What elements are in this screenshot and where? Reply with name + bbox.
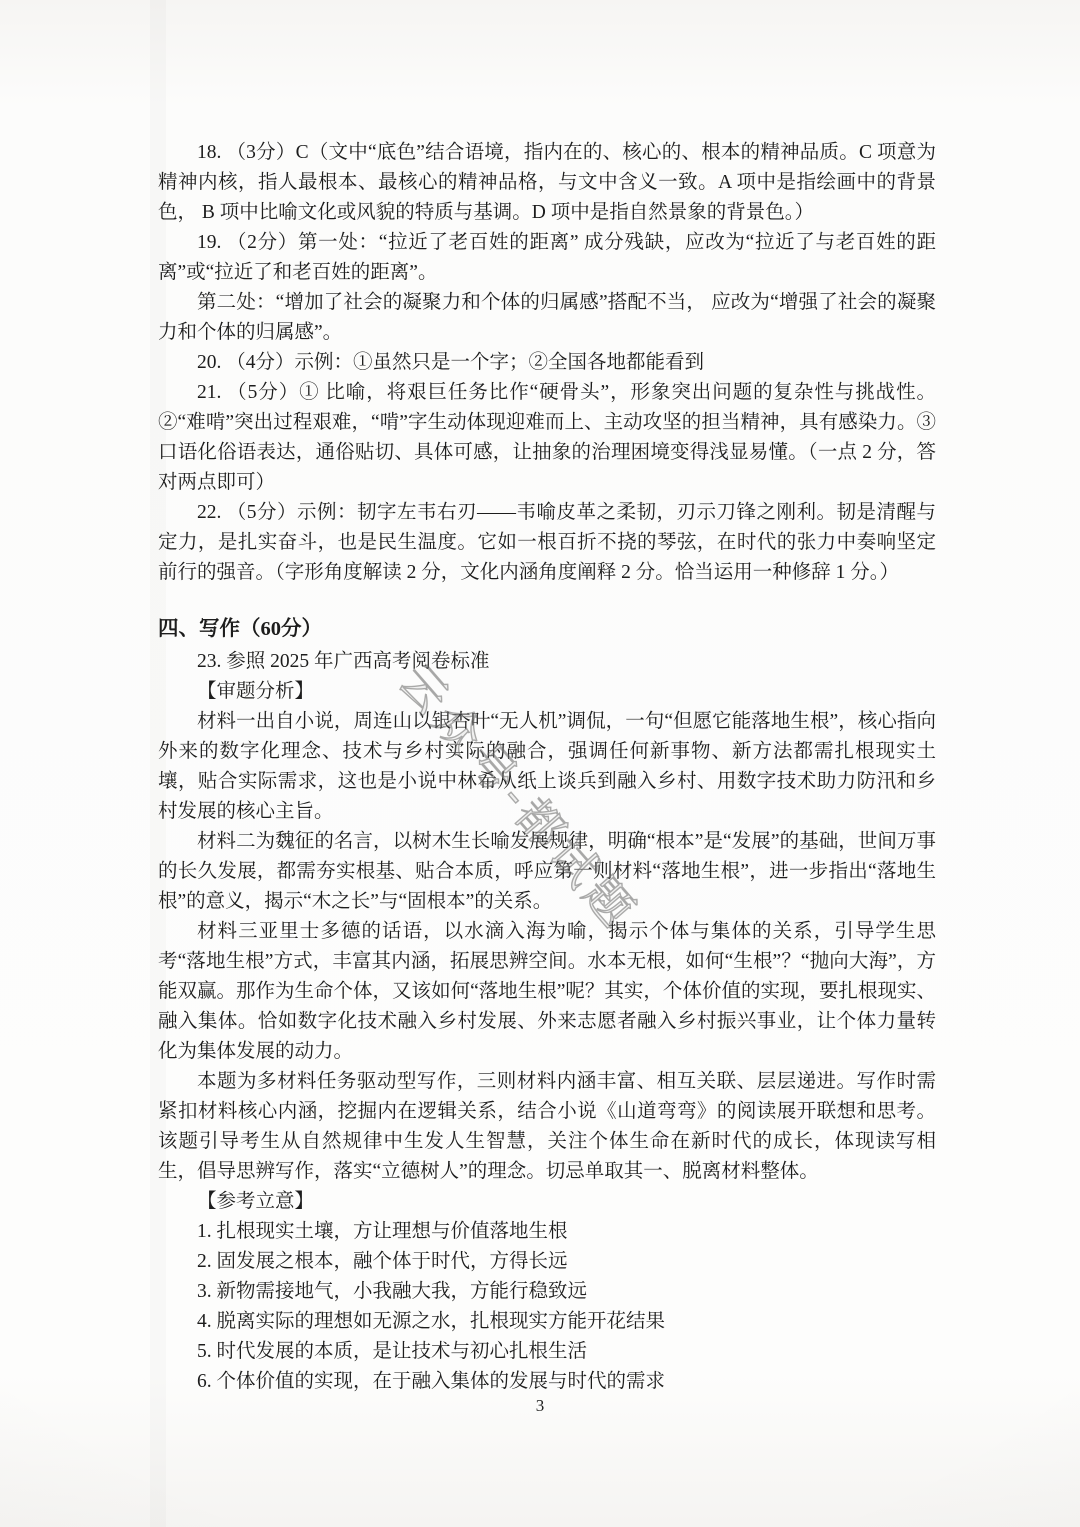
- answer-18: 18. （3分）C（文中“底色”结合语境，指内在的、核心的、根本的精神品质。C …: [158, 138, 936, 228]
- ideas-label: 【参考立意】: [158, 1187, 936, 1217]
- idea-item-1: 1. 扎根现实土壤，方让理想与价值落地生根: [158, 1217, 936, 1247]
- idea-item-5: 5. 时代发展的本质，是让技术与初心扎根生活: [158, 1337, 936, 1367]
- idea-item-4: 4. 脱离实际的理想如无源之水，扎根现实方能开花结果: [158, 1307, 936, 1337]
- idea-item-3: 3. 新物需接地气，小我融大我，方能行稳致远: [158, 1277, 936, 1307]
- answer-21: 21. （5分）① 比喻，将艰巨任务比作“硬骨头”，形象突出问题的复杂性与挑战性…: [158, 378, 936, 498]
- page-number: 3: [0, 1396, 1080, 1416]
- analysis-paragraph-3: 材料三亚里士多德的话语，以水滴入海为喻，揭示个体与集体的关系，引导学生思考“落地…: [158, 917, 936, 1067]
- section4-heading: 四、写作（60分）: [158, 613, 936, 645]
- idea-item-6: 6. 个体价值的实现，在于融入集体的发展与时代的需求: [158, 1367, 936, 1397]
- analysis-paragraph-4: 本题为多材料任务驱动型写作，三则材料内涵丰富、相互关联、层层递进。写作时需紧扣材…: [158, 1067, 936, 1187]
- answer-23-intro: 23. 参照 2025 年广西高考阅卷标准: [158, 647, 936, 677]
- analysis-paragraph-1: 材料一出自小说，周连山以银杏叶“无人机”调侃，一句“但愿它能落地生根”，核心指向…: [158, 707, 936, 827]
- analysis-label: 【审题分析】: [158, 677, 936, 707]
- answer-22: 22. （5分）示例：韧字左韦右刃——韦喻皮革之柔韧，刃示刀锋之刚利。韧是清醒与…: [158, 498, 936, 588]
- idea-item-2: 2. 固发展之根本，融个体于时代，方得长远: [158, 1247, 936, 1277]
- analysis-paragraph-2: 材料二为魏征的名言，以树木生长喻发展规律，明确“根本”是“发展”的基础，世间万事…: [158, 827, 936, 917]
- document-page: 云众号-都试题 18. （3分）C（文中“底色”结合语境，指内在的、核心的、根本…: [0, 0, 1080, 1527]
- page-content: 18. （3分）C（文中“底色”结合语境，指内在的、核心的、根本的精神品质。C …: [158, 138, 936, 1397]
- answer-20: 20. （4分）示例：①虽然只是一个字；②全国各地都能看到: [158, 348, 936, 378]
- answer-19-part2: 第二处：“增加了社会的凝聚力和个体的归属感”搭配不当， 应改为“增强了社会的凝聚…: [158, 288, 936, 348]
- answer-19-part1: 19. （2分）第一处：“拉近了老百姓的距离” 成分残缺，应改为“拉近了与老百姓…: [158, 228, 936, 288]
